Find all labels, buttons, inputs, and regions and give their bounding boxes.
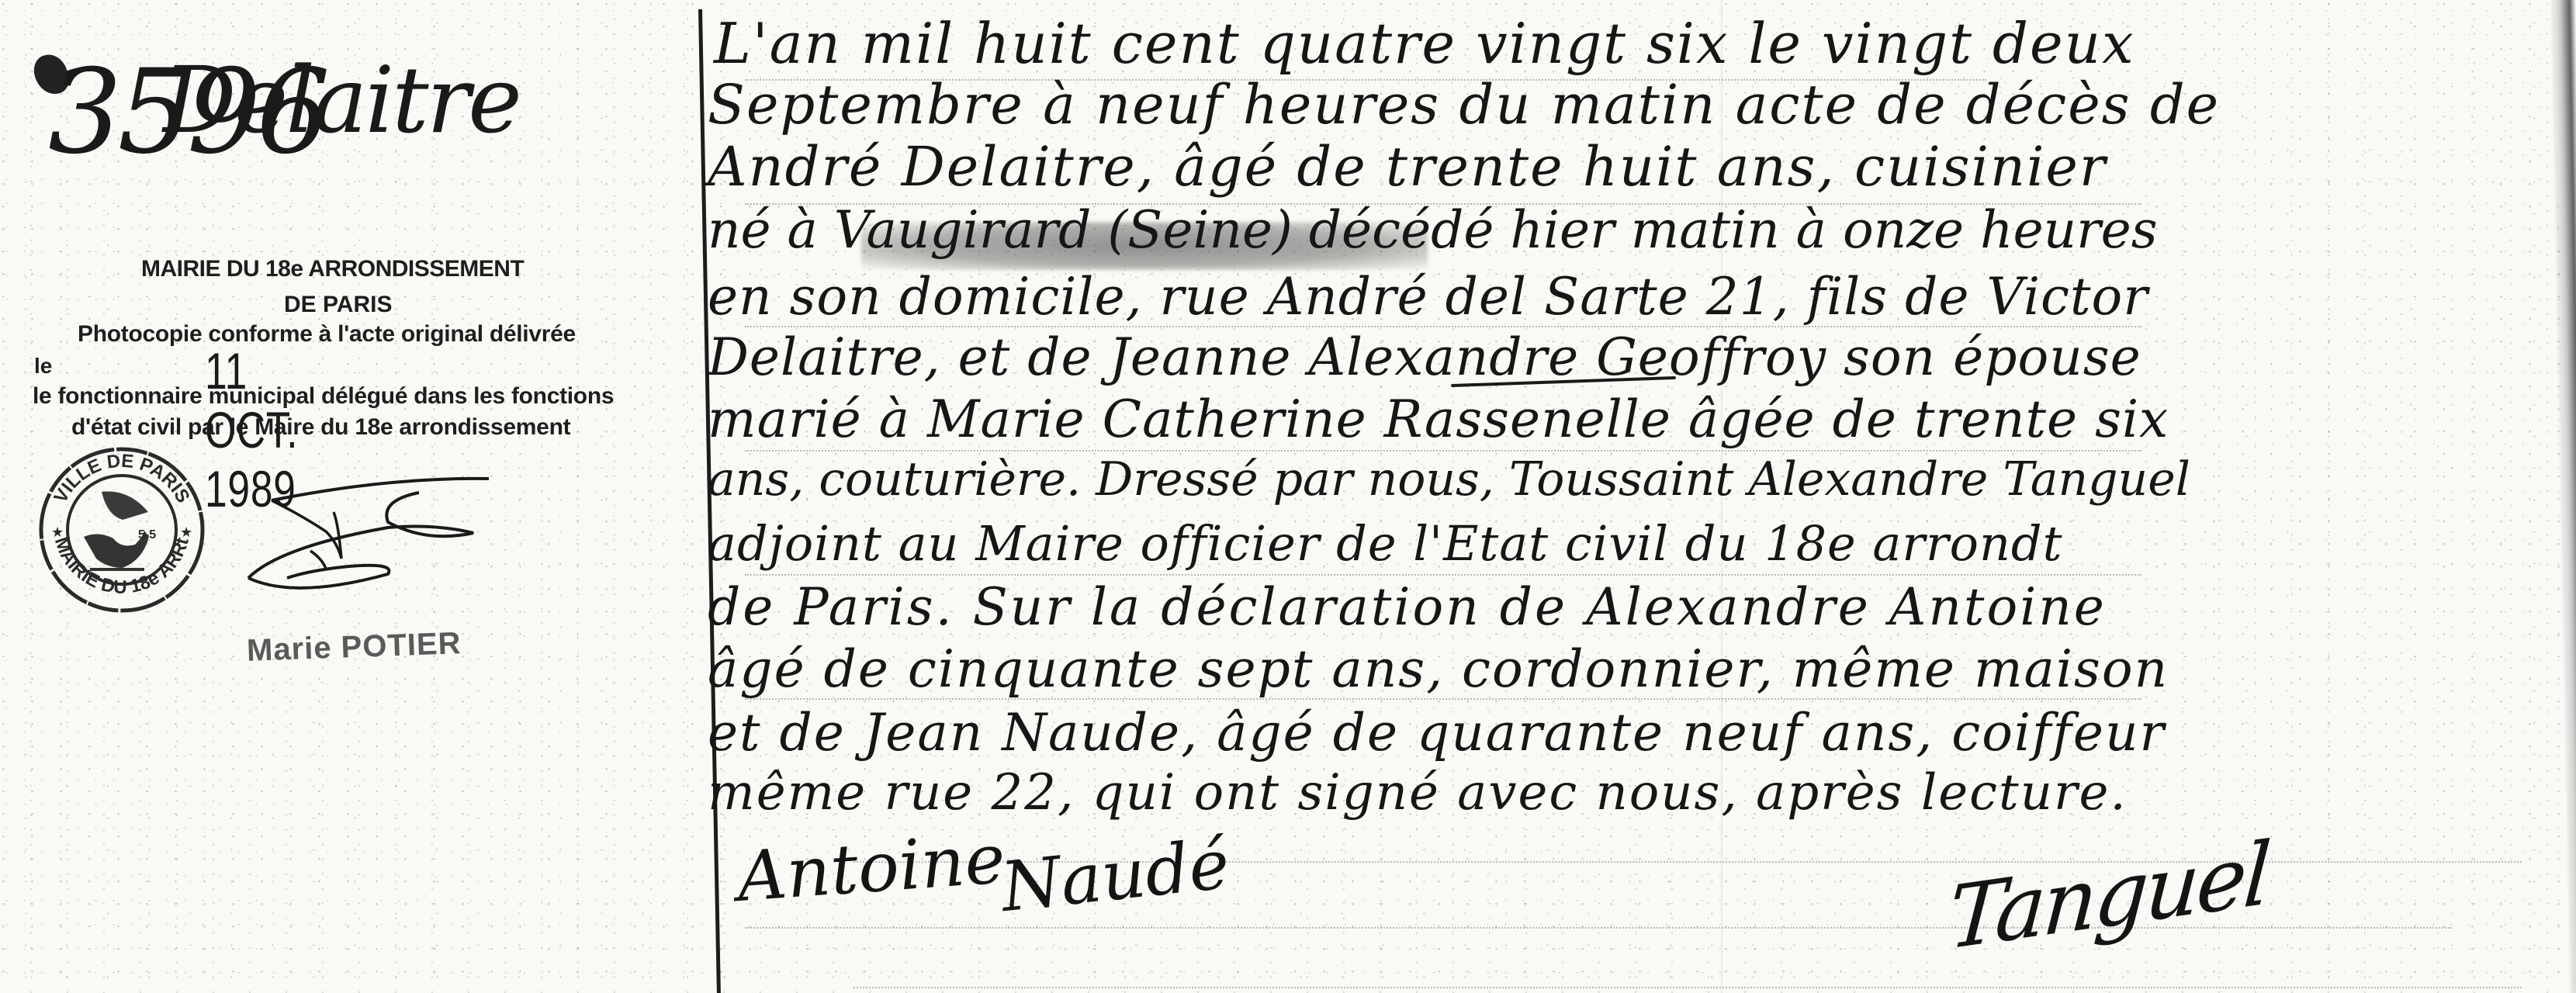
- cert-fonctionnaire: le fonctionnaire municipal délégué dans …: [33, 383, 614, 410]
- svg-text:★: ★: [180, 524, 192, 540]
- act-line: L'an mil huit cent quatre vingt six le v…: [714, 16, 2135, 71]
- act-line: André Delaitre, âgé de trente huit ans, …: [708, 140, 2107, 194]
- ruled-line: [745, 450, 2141, 452]
- document-page: 3596 Delaitre MAIRIE DU 18e ARRONDISSEME…: [0, 0, 2576, 993]
- act-line: et de Jean Naude, âgé de quarante neuf a…: [708, 708, 2166, 759]
- act-line: de Paris. Sur la déclaration de Alexandr…: [708, 582, 2107, 633]
- ruled-line: [745, 574, 2141, 576]
- svg-text:5-5: 5-5: [138, 528, 156, 541]
- act-line: en son domicile, rue André del Sarte 21,…: [708, 272, 2148, 323]
- ruled-line: [853, 987, 2522, 988]
- cert-photocopie: Photocopie conforme à l'acte original dé…: [78, 321, 576, 348]
- official-signature: [233, 469, 574, 601]
- cert-de-paris: DE PARIS: [284, 292, 392, 318]
- witness-signature-antoine: Antoine: [735, 825, 1007, 912]
- witness-signature-naude: Naudé: [998, 830, 1232, 922]
- act-line: âgé de cinquante sept ans, cordonnier, m…: [708, 644, 2169, 695]
- act-line: adjoint au Maire officier de l'Etat civi…: [708, 520, 2063, 568]
- ville-de-paris-seal-icon: VILLE DE PARIS MAIRIE DU 18e ARRt ★ ★ 5-…: [36, 444, 208, 616]
- act-line: Delaitre, et de Jeanne Alexandre Geoffro…: [708, 332, 2141, 383]
- act-line: Septembre à neuf heures du matin acte de…: [708, 78, 2220, 132]
- act-line: né à Vaugirard (Seine) décédé hier matin…: [708, 205, 2158, 256]
- cert-mairie: MAIRIE DU 18e ARRONDISSEMENT: [141, 256, 524, 282]
- svg-text:★: ★: [51, 524, 64, 540]
- record-name: Delaitre: [163, 54, 520, 146]
- official-name: Marie POTIER: [246, 626, 462, 669]
- act-line: marié à Marie Catherine Rassenelle âgée …: [708, 394, 2169, 445]
- act-line: même rue 22, qui ont signé avec nous, ap…: [708, 768, 2128, 818]
- cert-le: le: [34, 354, 52, 379]
- cert-etat-civil: d'état civil par le Maire du 18e arrondi…: [71, 414, 570, 441]
- act-line: ans, couturière. Dressé par nous, Toussa…: [708, 456, 2190, 503]
- officer-signature: Tanguel: [1946, 830, 2271, 962]
